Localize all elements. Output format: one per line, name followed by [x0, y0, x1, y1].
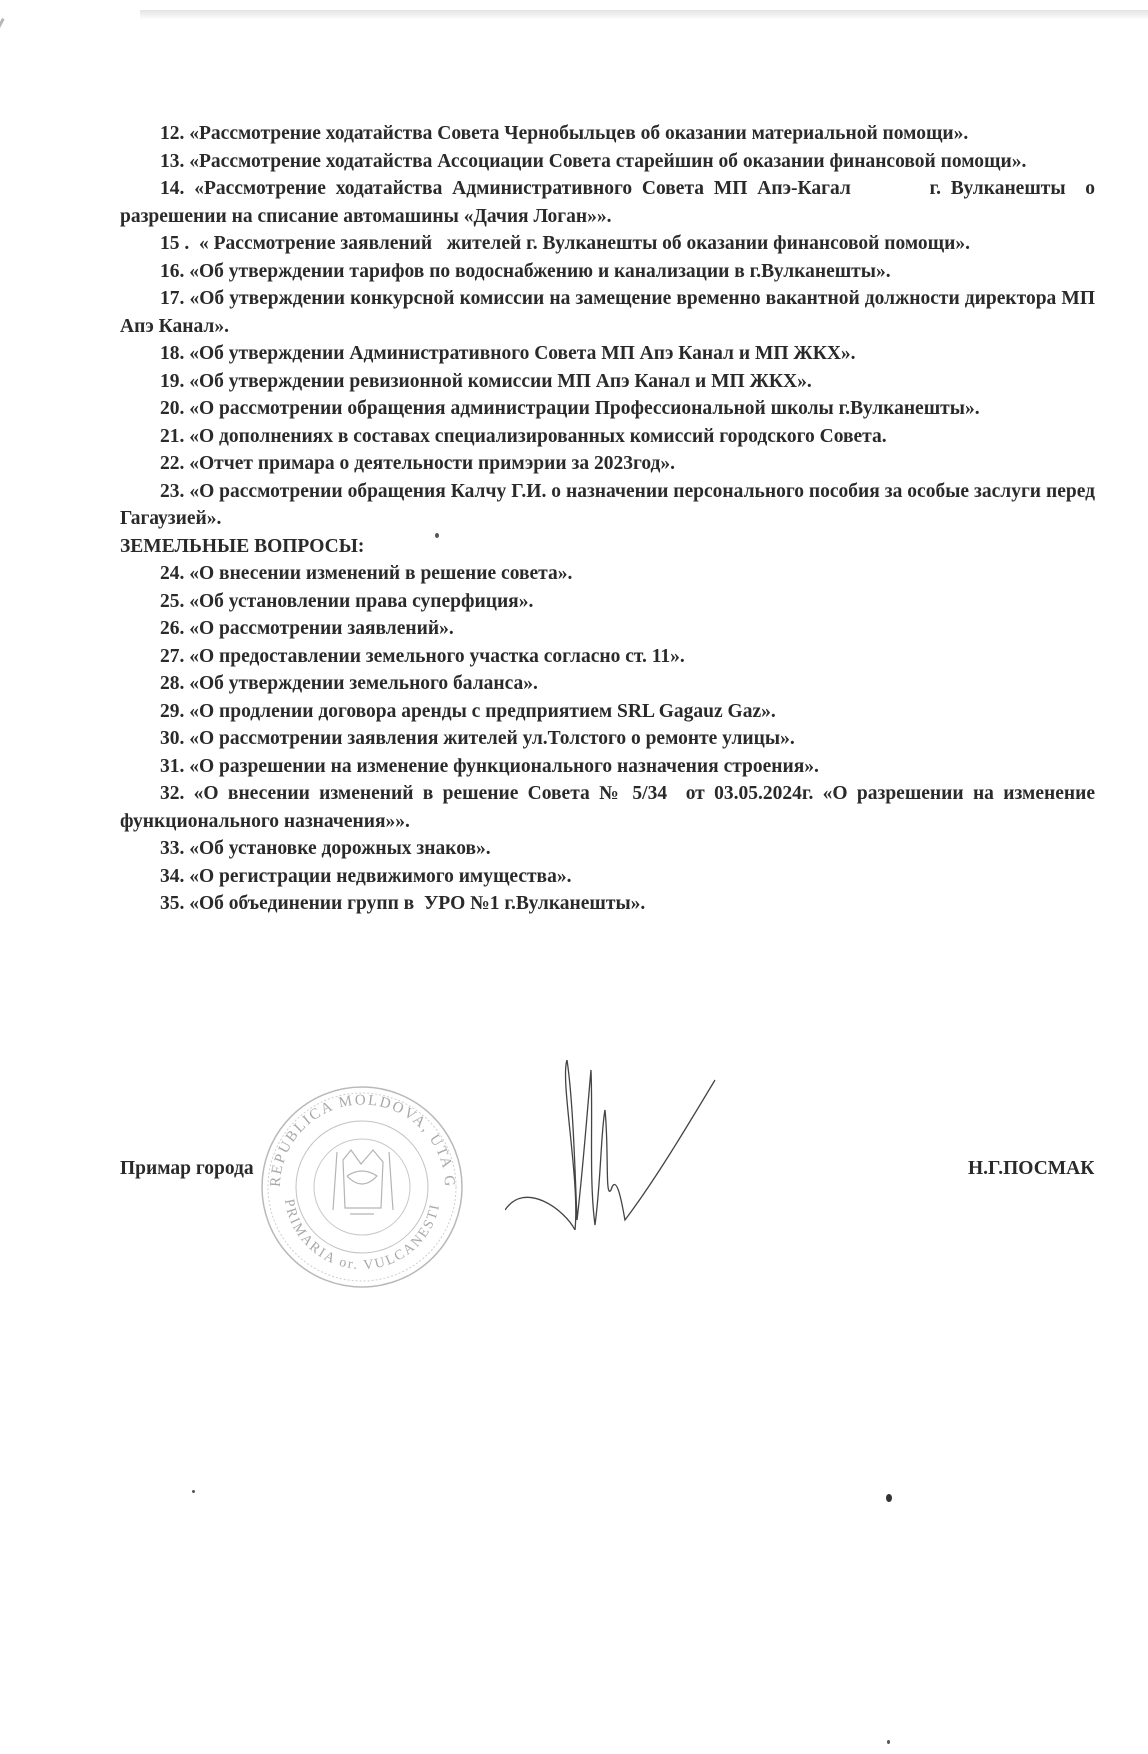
signatory-title: Примар города — [120, 1158, 254, 1180]
scan-edge-shadow — [140, 10, 1148, 20]
agenda-item-14: 14. «Рассмотрение ходатайства Администра… — [120, 175, 1095, 230]
handwritten-signature — [505, 1060, 725, 1230]
agenda-item-31: 31. «О разрешении на изменение функциона… — [120, 753, 1095, 781]
agenda-item-21: 21. «О дополнениях в составах специализи… — [120, 423, 1095, 451]
section-heading-land: ЗЕМЕЛЬНЫЕ ВОПРОСЫ: — [120, 533, 1095, 561]
agenda-item-28: 28. «Об утверждении земельного баланса». — [120, 670, 1095, 698]
agenda-item-26: 26. «О рассмотрении заявлений». — [120, 615, 1095, 643]
agenda-item-32: 32. «О внесении изменений в решение Сове… — [120, 780, 1095, 835]
agenda-item-13: 13. «Рассмотрение ходатайства Ассоциации… — [120, 148, 1095, 176]
agenda-item-29: 29. «О продлении договора аренды с предп… — [120, 698, 1095, 726]
agenda-item-15: 15 . « Рассмотрение заявлений жителей г.… — [120, 230, 1095, 258]
agenda-item-30: 30. «О рассмотрении заявления жителей ул… — [120, 725, 1095, 753]
agenda-item-22: 22. «Отчет примара о деятельности примэр… — [120, 450, 1095, 478]
agenda-item-19: 19. «Об утверждении ревизионной комиссии… — [120, 368, 1095, 396]
agenda-item-27: 27. «О предоставлении земельного участка… — [120, 643, 1095, 671]
agenda-item-34: 34. «О регистрации недвижимого имущества… — [120, 863, 1095, 891]
agenda-item-24: 24. «О внесении изменений в решение сове… — [120, 560, 1095, 588]
agenda-item-35: 35. «Об объединении групп в УРО №1 г.Вул… — [120, 890, 1095, 918]
scan-speck — [887, 1740, 890, 1744]
signature-block: Примар города Н.Г.ПОСМАК — [120, 1158, 1040, 1188]
agenda-item-20: 20. «О рассмотрении обращения администра… — [120, 395, 1095, 423]
agenda-item-23: 23. «О рассмотрении обращения Калчу Г.И.… — [120, 478, 1095, 533]
agenda-item-17: 17. «Об утверждении конкурсной комиссии … — [120, 285, 1095, 340]
agenda-item-12: 12. «Рассмотрение ходатайства Совета Чер… — [120, 120, 1095, 148]
signatory-name: Н.Г.ПОСМАК — [968, 1158, 1094, 1180]
agenda-item-25: 25. «Об установлении права суперфиция». — [120, 588, 1095, 616]
scan-speck — [435, 533, 439, 538]
pen-mark — [0, 18, 5, 79]
scan-speck — [192, 1490, 195, 1493]
scan-speck — [886, 1494, 892, 1502]
agenda-item-16: 16. «Об утверждении тарифов по водоснабж… — [120, 258, 1095, 286]
agenda-item-18: 18. «Об утверждении Административного Со… — [120, 340, 1095, 368]
agenda-list: 12. «Рассмотрение ходатайства Совета Чер… — [120, 120, 1095, 918]
agenda-item-33: 33. «Об установке дорожных знаков». — [120, 835, 1095, 863]
